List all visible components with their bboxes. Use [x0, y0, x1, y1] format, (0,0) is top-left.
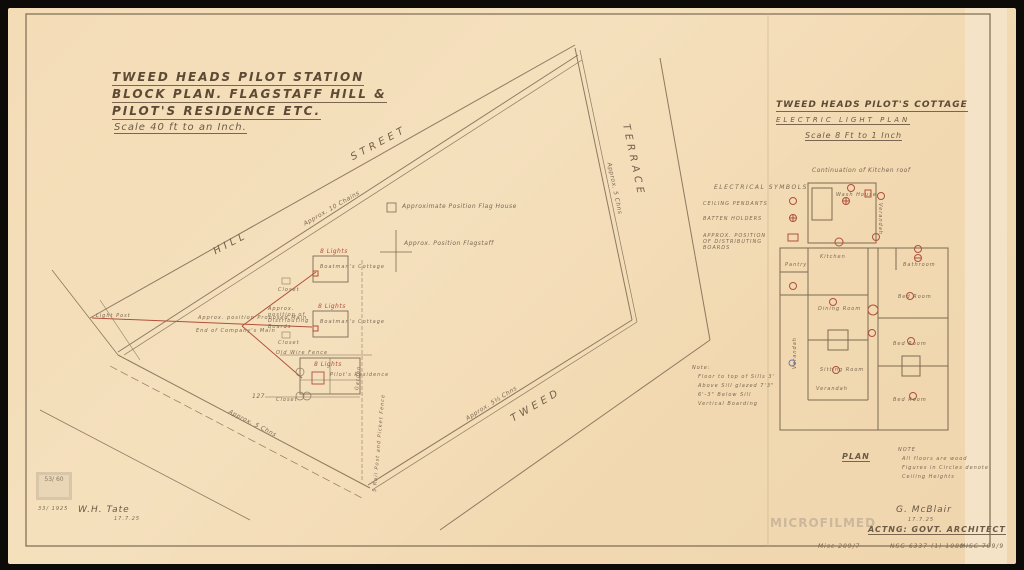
- label-cottage2: Boatman's Cottage: [320, 319, 385, 325]
- room-bed-3: Bed Room: [893, 397, 927, 403]
- label-closet-3: Closet: [276, 397, 298, 403]
- block-plan-title-3: Pilot's Residence Etc.: [112, 104, 321, 120]
- note-right: Note All floors are wood Figures in Circ…: [898, 446, 989, 482]
- note-left-line: Vertical Boarding: [692, 400, 775, 409]
- room-kitchen: Kitchen: [820, 254, 846, 260]
- label-closet-1: Closet: [278, 287, 300, 293]
- reference-2: NSG 6337 (1) 1089: [890, 543, 965, 550]
- note-left-line: Floor to top of Sills 3': [692, 373, 775, 382]
- label-residence-lights: 8 Lights: [314, 361, 342, 368]
- cottage-plan-title-2: Electric Light Plan: [776, 116, 910, 125]
- room-bed-2: Bed Room: [893, 341, 927, 347]
- architect-date: 17.7.25: [908, 517, 934, 523]
- label-light-post: Light Post: [96, 313, 131, 319]
- archive-stamp: 53/ 60: [36, 472, 72, 500]
- cottage-plan-scale: Scale 8 Ft to 1 Inch: [805, 131, 902, 141]
- room-verandah-3: Verandah: [877, 203, 883, 235]
- left-date: 17.7.25: [114, 516, 140, 522]
- room-bathroom: Bathroom: [903, 262, 936, 268]
- label-continuation: Continuation of Kitchen roof: [812, 167, 910, 174]
- note-right-line: Ceiling Heights: [898, 473, 989, 482]
- legend-item-boards: Approx. Position of Distributing Boards: [703, 233, 773, 251]
- architect-title: Actng: Govt. Architect: [868, 525, 1006, 535]
- label-closet-2: Closet: [278, 340, 300, 346]
- block-plan-title-1: Tweed Heads Pilot Station: [112, 70, 364, 86]
- legend-item-batten: Batten Holders: [703, 216, 762, 222]
- note-right-line: All floors are wood: [898, 455, 989, 464]
- reference-3: MISC 709/9: [960, 543, 1004, 550]
- label-proposed-main: Approx. position Proposed Main: [198, 315, 307, 321]
- label-flagstaff: Approx. Position Flagstaff: [404, 240, 494, 247]
- label-cottage1-lights: 8 Lights: [320, 248, 348, 255]
- label-cottage2-lights: 8 Lights: [318, 303, 346, 310]
- block-plan-scale: Scale 40 ft to an Inch.: [114, 122, 247, 134]
- architect-signature: G. McBlair: [896, 505, 952, 515]
- note-right-line: Note: [898, 446, 989, 455]
- note-left: Note: Floor to top of Sills 3' Above Sil…: [692, 364, 775, 409]
- reference-1: Misc 209/7: [818, 543, 860, 550]
- left-reference: 33/ 1925: [38, 506, 68, 512]
- plan-label: Plan: [842, 452, 870, 462]
- room-sitting: Sitting Room: [820, 367, 864, 373]
- room-wash-house: Wash House: [836, 192, 877, 198]
- left-signature: W.H. Tate: [78, 505, 130, 515]
- label-wire-fence: Old Wire Fence: [276, 350, 328, 356]
- room-verandah-2: Verandah: [792, 337, 798, 369]
- room-dining: Dining Room: [818, 306, 861, 312]
- cottage-plan-title-1: Tweed Heads Pilot's Cottage: [776, 100, 968, 112]
- room-bed-1: Bed Room: [898, 294, 932, 300]
- room-verandah-1: Verandah: [816, 386, 848, 392]
- dim-127: 127: [252, 393, 265, 400]
- legend-title: Electrical Symbols: [714, 184, 808, 191]
- label-company-main: End of Company's Main: [196, 328, 276, 334]
- note-left-line: 6'-3" Below Sill: [692, 391, 775, 400]
- note-right-line: Figures in Circles denote: [898, 464, 989, 473]
- microfilmed-stamp: MICROFILMED: [770, 516, 876, 530]
- note-left-line: Note:: [692, 364, 775, 373]
- note-left-line: Above Sill glazed 7'3": [692, 382, 775, 391]
- legend-item-pendants: Ceiling Pendants: [703, 201, 768, 207]
- label-cottage1: Boatman's Cottage: [320, 264, 385, 270]
- room-pantry: Pantry: [785, 262, 807, 268]
- block-plan-title-2: Block Plan. Flagstaff Hill &: [112, 87, 387, 103]
- label-flag-house: Approximate Position Flag House: [402, 203, 517, 210]
